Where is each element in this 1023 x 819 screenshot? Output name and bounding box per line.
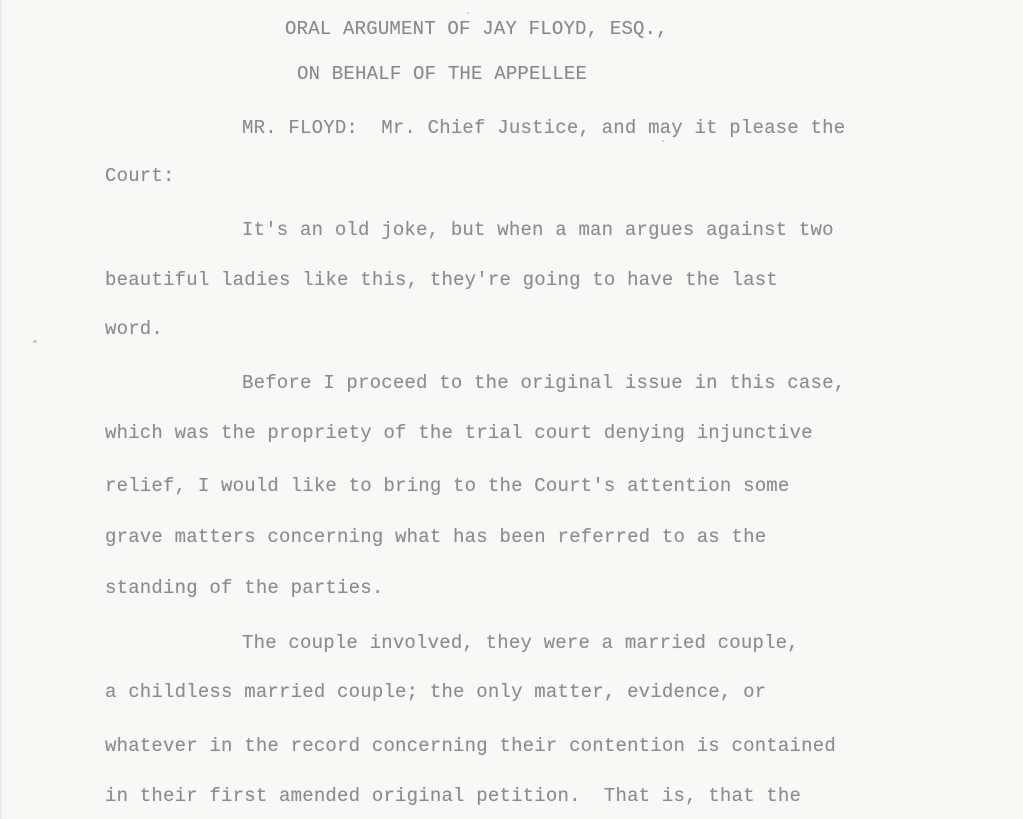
text-line: It's an old joke, but when a man argues … [242,219,834,241]
text-line: word. [105,318,163,340]
text-line: relief, I would like to bring to the Cou… [105,475,790,497]
text-line: in their first amended original petition… [105,785,801,807]
text-line: Court: [105,165,175,187]
heading-oral-argument: ORAL ARGUMENT OF JAY FLOYD, ESQ., [285,18,668,40]
heading-on-behalf: ON BEHALF OF THE APPELLEE [297,63,587,85]
text-line: beautiful ladies like this, they're goin… [105,269,778,291]
text-line: The couple involved, they were a married… [242,632,799,654]
text-line: a childless married couple; the only mat… [105,681,766,703]
paper-speck [467,12,469,14]
text-line: grave matters concerning what has been r… [105,526,766,548]
text-line: whatever in the record concerning their … [105,735,836,757]
text-line: MR. FLOYD: Mr. Chief Justice, and may it… [242,117,845,139]
transcript-page: ORAL ARGUMENT OF JAY FLOYD, ESQ., ON BEH… [0,0,1023,819]
paper-speck [662,140,664,142]
paper-speck [33,340,37,343]
text-line: which was the propriety of the trial cou… [105,422,813,444]
text-line: standing of the parties. [105,577,383,599]
text-line: Before I proceed to the original issue i… [242,372,845,394]
